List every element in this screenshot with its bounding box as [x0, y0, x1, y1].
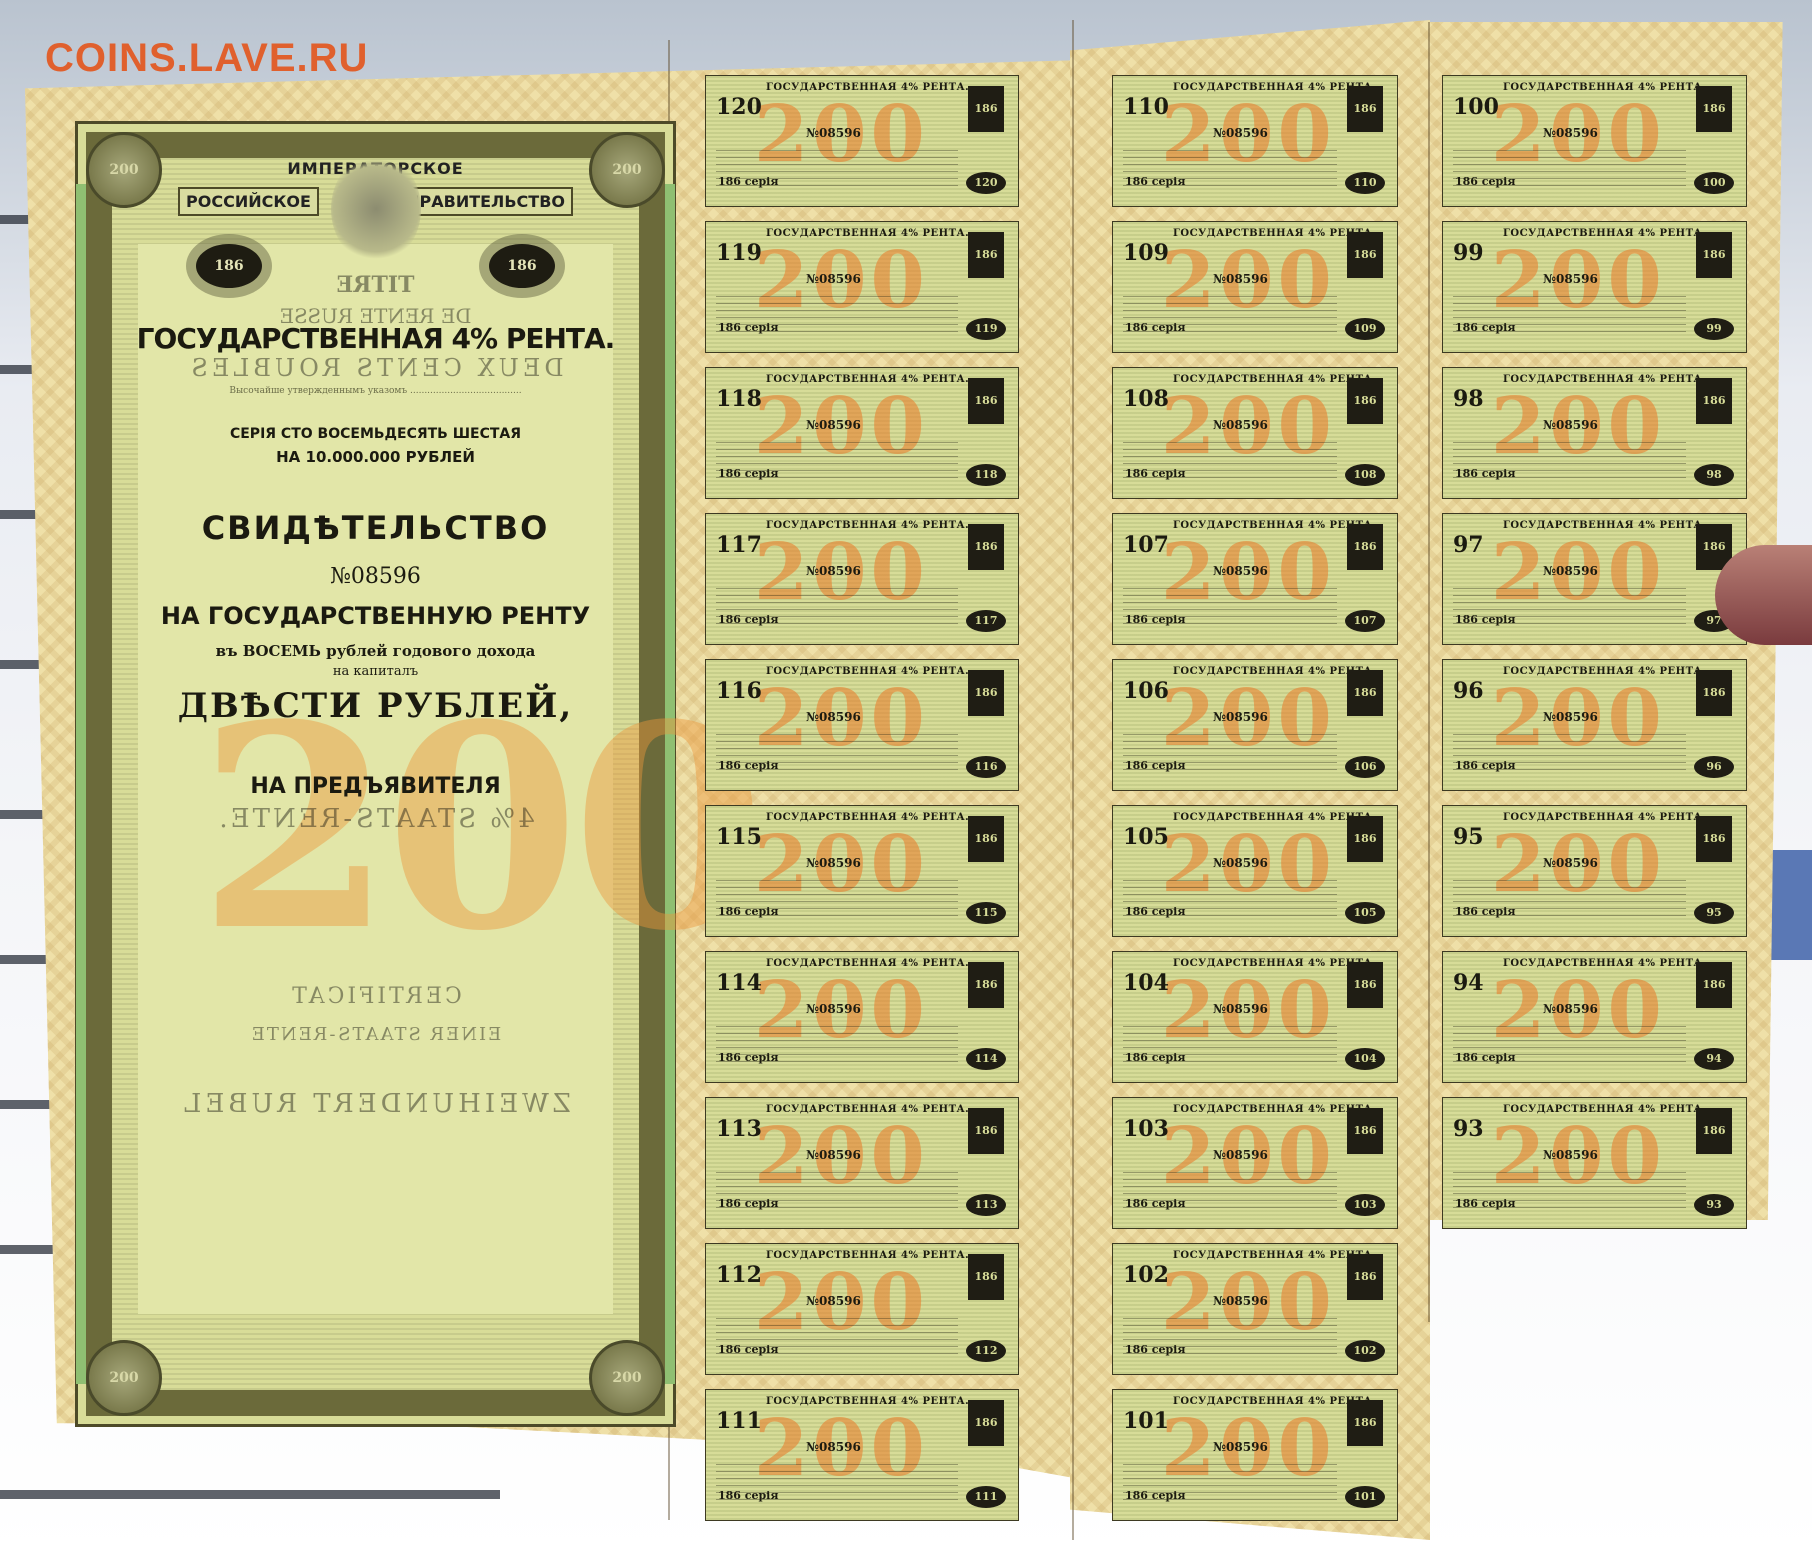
coupon: 200ГОСУДАРСТВЕННАЯ 4% РЕНТА.115№08596186…	[705, 805, 1019, 937]
coupon-number-oval: 115	[966, 902, 1006, 924]
coupon-number: 117	[716, 532, 762, 558]
series-stamp: 186	[1347, 670, 1383, 716]
coupon-series: 186 серія	[1125, 1197, 1185, 1210]
coupon-number: 102	[1123, 1262, 1169, 1288]
coupon-number: 116	[716, 678, 762, 704]
coupon-number-oval: 118	[966, 464, 1006, 486]
coupon-title: ГОСУДАРСТВЕННАЯ 4% РЕНТА.	[1173, 666, 1376, 677]
coupon-serial: №08596	[806, 710, 861, 724]
coupon: 200ГОСУДАРСТВЕННАЯ 4% РЕНТА.120№08596186…	[705, 75, 1019, 207]
coupon-number-oval: 113	[966, 1194, 1006, 1216]
bearer-line: НА ПРЕДЪЯВИТЕЛЯ	[78, 774, 673, 799]
coupon-serial: №08596	[1213, 1148, 1268, 1162]
coupon-serial: №08596	[1543, 1002, 1598, 1016]
coupon-number-oval: 119	[966, 318, 1006, 340]
coupon-number-oval: 110	[1345, 172, 1385, 194]
coupon: 200ГОСУДАРСТВЕННАЯ 4% РЕНТА.96№08596186 …	[1442, 659, 1747, 791]
coupon-serial: №08596	[1543, 1148, 1598, 1162]
coupon: 200ГОСУДАРСТВЕННАЯ 4% РЕНТА.102№08596186…	[1112, 1243, 1398, 1375]
coupon-series: 186 серія	[718, 175, 778, 188]
coupon-serial: №08596	[1213, 126, 1268, 140]
coupon: 200ГОСУДАРСТВЕННАЯ 4% РЕНТА.95№08596186 …	[1442, 805, 1747, 937]
coupon-title: ГОСУДАРСТВЕННАЯ 4% РЕНТА.	[1173, 1396, 1376, 1407]
coupon-serial: №08596	[806, 856, 861, 870]
show-through-amount-fr: DEUX CENTS ROUBLES	[78, 354, 673, 382]
coupon-number-oval: 101	[1345, 1486, 1385, 1508]
coupon-number: 110	[1123, 94, 1169, 120]
coupon-series: 186 серія	[1125, 467, 1185, 480]
coupon-number: 104	[1123, 970, 1169, 996]
coupon-title: ГОСУДАРСТВЕННАЯ 4% РЕНТА.	[1503, 82, 1706, 93]
coupon-number-oval: 114	[966, 1048, 1006, 1070]
coupon-title: ГОСУДАРСТВЕННАЯ 4% РЕНТА.	[1503, 666, 1706, 677]
coupon-number-oval: 96	[1694, 756, 1734, 778]
coupon-series: 186 серія	[1455, 613, 1515, 626]
coupon-number-oval: 111	[966, 1486, 1006, 1508]
series-stamp: 186	[1347, 378, 1383, 424]
coupon-serial: №08596	[1543, 710, 1598, 724]
coupon-series: 186 серія	[1455, 321, 1515, 334]
coupon: 200ГОСУДАРСТВЕННАЯ 4% РЕНТА.94№08596186 …	[1442, 951, 1747, 1083]
fold-line	[1072, 20, 1074, 1540]
coupon: 200ГОСУДАРСТВЕННАЯ 4% РЕНТА.109№08596186…	[1112, 221, 1398, 353]
corner-medallion-200: 200	[589, 1340, 665, 1416]
show-through-titre: TITRE	[78, 272, 673, 298]
coupon-title: ГОСУДАРСТВЕННАЯ 4% РЕНТА.	[1173, 958, 1376, 969]
coupon: 200ГОСУДАРСТВЕННАЯ 4% РЕНТА.104№08596186…	[1112, 951, 1398, 1083]
show-through-staats-rente: 4% STAATS-RENTE.	[78, 804, 673, 834]
coupon-number-oval: 93	[1694, 1194, 1734, 1216]
coupon-serial: №08596	[806, 1440, 861, 1454]
coupon-number-oval: 102	[1345, 1340, 1385, 1362]
coupon: 200ГОСУДАРСТВЕННАЯ 4% РЕНТА.103№08596186…	[1112, 1097, 1398, 1229]
certificate-number: №08596	[78, 564, 673, 589]
coupon-number-oval: 109	[1345, 318, 1385, 340]
coupon: 200ГОСУДАРСТВЕННАЯ 4% РЕНТА.107№08596186…	[1112, 513, 1398, 645]
coupon-title: ГОСУДАРСТВЕННАЯ 4% РЕНТА.	[1173, 374, 1376, 385]
series-stamp: 186	[1347, 232, 1383, 278]
coupon-number: 99	[1453, 240, 1484, 266]
coupon-number: 115	[716, 824, 762, 850]
series-stamp: 186	[1696, 670, 1732, 716]
coupon-title: ГОСУДАРСТВЕННАЯ 4% РЕНТА.	[1503, 520, 1706, 531]
coupon-serial: №08596	[806, 418, 861, 432]
series-stamp: 186	[1347, 962, 1383, 1008]
coupon-number: 98	[1453, 386, 1484, 412]
series-stamp: 186	[968, 232, 1004, 278]
coupon-title: ГОСУДАРСТВЕННАЯ 4% РЕНТА.	[766, 82, 969, 93]
document-type: СВИДѢТЕЛЬСТВО	[78, 509, 673, 547]
coupon-number: 114	[716, 970, 762, 996]
coupon-title: ГОСУДАРСТВЕННАЯ 4% РЕНТА.	[1503, 1104, 1706, 1115]
series-stamp: 186	[968, 1400, 1004, 1446]
coupon-title: ГОСУДАРСТВЕННАЯ 4% РЕНТА.	[766, 1250, 969, 1261]
coupon-series: 186 серія	[1125, 1051, 1185, 1064]
coupon-number: 106	[1123, 678, 1169, 704]
coupon-serial: №08596	[806, 1148, 861, 1162]
coupon-series: 186 серія	[718, 1343, 778, 1356]
coupon-series: 186 серія	[1125, 759, 1185, 772]
coupon-number-oval: 105	[1345, 902, 1385, 924]
series-stamp: 186	[1347, 86, 1383, 132]
coupon-number: 120	[716, 94, 762, 120]
coupon-series: 186 серія	[1125, 905, 1185, 918]
coupon-number-oval: 103	[1345, 1194, 1385, 1216]
coupon-serial: №08596	[1543, 856, 1598, 870]
coupon-series: 186 серія	[718, 1051, 778, 1064]
coupon: 200ГОСУДАРСТВЕННАЯ 4% РЕНТА.93№08596186 …	[1442, 1097, 1747, 1229]
coupon-title: ГОСУДАРСТВЕННАЯ 4% РЕНТА.	[1503, 374, 1706, 385]
coupon-series: 186 серія	[1125, 175, 1185, 188]
show-through-einer: EINER STAATS-RENTE	[78, 1024, 673, 1045]
coupon-number: 93	[1453, 1116, 1484, 1142]
coupon-number-oval: 94	[1694, 1048, 1734, 1070]
coupon-title: ГОСУДАРСТВЕННАЯ 4% РЕНТА.	[766, 666, 969, 677]
coupon-number: 112	[716, 1262, 762, 1288]
coupon: 200ГОСУДАРСТВЕННАЯ 4% РЕНТА.111№08596186…	[705, 1389, 1019, 1521]
coupon-number: 119	[716, 240, 762, 266]
series-stamp: 186	[1696, 86, 1732, 132]
coupon: 200ГОСУДАРСТВЕННАЯ 4% РЕНТА.97№08596186 …	[1442, 513, 1747, 645]
coupon-series: 186 серія	[1455, 175, 1515, 188]
coupon-number: 118	[716, 386, 762, 412]
coupon: 200ГОСУДАРСТВЕННАЯ 4% РЕНТА.101№08596186…	[1112, 1389, 1398, 1521]
coupon: 200ГОСУДАРСТВЕННАЯ 4% РЕНТА.99№08596186 …	[1442, 221, 1747, 353]
coupon: 200ГОСУДАРСТВЕННАЯ 4% РЕНТА.113№08596186…	[705, 1097, 1019, 1229]
series-stamp: 186	[1347, 1400, 1383, 1446]
issue-amount: НА 10.000.000 РУБЛЕЙ	[78, 448, 673, 466]
capital-label: на капиталъ	[78, 664, 673, 679]
coupon-title: ГОСУДАРСТВЕННАЯ 4% РЕНТА.	[766, 958, 969, 969]
series-stamp: 186	[1347, 816, 1383, 862]
coupon-number: 97	[1453, 532, 1484, 558]
coupon-number-oval: 117	[966, 610, 1006, 632]
corner-medallion-200: 200	[86, 1340, 162, 1416]
coupon-serial: №08596	[1543, 126, 1598, 140]
coupon-number-oval: 120	[966, 172, 1006, 194]
coupon-serial: №08596	[1213, 1002, 1268, 1016]
coupon-series: 186 серія	[1125, 1343, 1185, 1356]
series-stamp: 186	[1696, 232, 1732, 278]
coupon-number: 113	[716, 1116, 762, 1142]
coupon-number-oval: 98	[1694, 464, 1734, 486]
coupon-series: 186 серія	[718, 759, 778, 772]
coupon-title: ГОСУДАРСТВЕННАЯ 4% РЕНТА.	[1503, 812, 1706, 823]
coupon-title: ГОСУДАРСТВЕННАЯ 4% РЕНТА.	[1173, 1104, 1376, 1115]
coupon-number: 95	[1453, 824, 1484, 850]
coupon-series: 186 серія	[718, 1197, 778, 1210]
coupon-number: 103	[1123, 1116, 1169, 1142]
show-through-certificat: CERTIFICAT	[78, 984, 673, 1009]
coupon-number: 105	[1123, 824, 1169, 850]
coupon-serial: №08596	[1213, 856, 1268, 870]
coupon-number-oval: 107	[1345, 610, 1385, 632]
header-left-text: РОССИЙСКОЕ	[178, 187, 319, 216]
site-watermark: COINS.LAVE.RU	[45, 36, 368, 81]
coupon: 200ГОСУДАРСТВЕННАЯ 4% РЕНТА.119№08596186…	[705, 221, 1019, 353]
series-stamp: 186	[968, 1108, 1004, 1154]
coupon-title: ГОСУДАРСТВЕННАЯ 4% РЕНТА.	[766, 374, 969, 385]
coupon-number: 107	[1123, 532, 1169, 558]
coupon-number-oval: 106	[1345, 756, 1385, 778]
series-stamp: 186	[1347, 524, 1383, 570]
coupon-serial: №08596	[1543, 418, 1598, 432]
coupon-serial: №08596	[806, 272, 861, 286]
coupon-title: ГОСУДАРСТВЕННАЯ 4% РЕНТА.	[766, 228, 969, 239]
series-stamp: 186	[1347, 1108, 1383, 1154]
fold-line	[1428, 22, 1430, 1322]
series-stamp: 186	[1696, 962, 1732, 1008]
coupon: 200ГОСУДАРСТВЕННАЯ 4% РЕНТА.112№08596186…	[705, 1243, 1019, 1375]
annual-income-line: въ ВОСЕМЬ рублей годового дохода	[78, 642, 673, 660]
series-stamp: 186	[1347, 1254, 1383, 1300]
coupon-serial: №08596	[1543, 272, 1598, 286]
coupon-title: ГОСУДАРСТВЕННАЯ 4% РЕНТА.	[1173, 1250, 1376, 1261]
coupon-series: 186 серія	[718, 905, 778, 918]
series-stamp: 186	[968, 670, 1004, 716]
coupon-series: 186 серія	[718, 467, 778, 480]
coupon-number: 96	[1453, 678, 1484, 704]
coupon-series: 186 серія	[718, 1489, 778, 1502]
coupon-number-oval: 116	[966, 756, 1006, 778]
coupon-serial: №08596	[1213, 1440, 1268, 1454]
coupon: 200ГОСУДАРСТВЕННАЯ 4% РЕНТА.100№08596186…	[1442, 75, 1747, 207]
coupon-number-oval: 108	[1345, 464, 1385, 486]
coupon-number: 111	[716, 1408, 762, 1434]
double-headed-eagle-emblem	[331, 154, 421, 264]
coupon-number-oval: 104	[1345, 1048, 1385, 1070]
coupon-number-oval: 100	[1694, 172, 1734, 194]
series-stamp: 186	[968, 816, 1004, 862]
coupon-series: 186 серія	[1455, 759, 1515, 772]
coupon-series: 186 серія	[718, 321, 778, 334]
coupon: 200ГОСУДАРСТВЕННАЯ 4% РЕНТА.106№08596186…	[1112, 659, 1398, 791]
coupon-serial: №08596	[806, 564, 861, 578]
coupon: 200ГОСУДАРСТВЕННАЯ 4% РЕНТА.117№08596186…	[705, 513, 1019, 645]
series-stamp: 186	[968, 524, 1004, 570]
coupon: 200ГОСУДАРСТВЕННАЯ 4% РЕНТА.114№08596186…	[705, 951, 1019, 1083]
coupon-title: ГОСУДАРСТВЕННАЯ 4% РЕНТА.	[766, 1104, 969, 1115]
coupon-title: ГОСУДАРСТВЕННАЯ 4% РЕНТА.	[1173, 520, 1376, 531]
coupon-serial: №08596	[1213, 272, 1268, 286]
coupon-serial: №08596	[1213, 1294, 1268, 1308]
coupon-title: ГОСУДАРСТВЕННАЯ 4% РЕНТА.	[1173, 82, 1376, 93]
coupon: 200ГОСУДАРСТВЕННАЯ 4% РЕНТА.116№08596186…	[705, 659, 1019, 791]
coupon: 200ГОСУДАРСТВЕННАЯ 4% РЕНТА.108№08596186…	[1112, 367, 1398, 499]
coupon: 200ГОСУДАРСТВЕННАЯ 4% РЕНТА.98№08596186 …	[1442, 367, 1747, 499]
coupon-series: 186 серія	[1455, 1051, 1515, 1064]
coupon-series: 186 серія	[1455, 467, 1515, 480]
coupon-number: 109	[1123, 240, 1169, 266]
coupon-number: 101	[1123, 1408, 1169, 1434]
bond-title: ГОСУДАРСТВЕННАЯ 4% РЕНТА.	[78, 322, 673, 355]
coupon-serial: №08596	[806, 1294, 861, 1308]
holding-finger	[1715, 545, 1812, 645]
show-through-zweihundert: ZWEIHUNDERT RUBEL	[78, 1089, 673, 1119]
coupon-number: 94	[1453, 970, 1484, 996]
header-right-text: ПРАВИТЕЛЬСТВО	[398, 187, 573, 216]
coupon-serial: №08596	[806, 126, 861, 140]
coupon: 200ГОСУДАРСТВЕННАЯ 4% РЕНТА.110№08596186…	[1112, 75, 1398, 207]
series-stamp: 186	[1696, 816, 1732, 862]
coupon-number-oval: 95	[1694, 902, 1734, 924]
coupon-title: ГОСУДАРСТВЕННАЯ 4% РЕНТА.	[766, 520, 969, 531]
series-stamp: 186	[968, 86, 1004, 132]
capital-amount: ДВѢСТИ РУБЛЕЙ,	[78, 686, 673, 726]
coupon-serial: №08596	[1213, 418, 1268, 432]
coupon-number-oval: 99	[1694, 318, 1734, 340]
series-stamp: 186	[1696, 378, 1732, 424]
coupon-series: 186 серія	[1125, 613, 1185, 626]
series-stamp: 186	[968, 378, 1004, 424]
coupon-number-oval: 112	[966, 1340, 1006, 1362]
legal-fine-print: Высочайше утвержденнымъ указомъ ........…	[148, 386, 603, 397]
coupon-number: 100	[1453, 94, 1499, 120]
coupon-series: 186 серія	[718, 613, 778, 626]
coupon: 200ГОСУДАРСТВЕННАЯ 4% РЕНТА.105№08596186…	[1112, 805, 1398, 937]
coupon-title: ГОСУДАРСТВЕННАЯ 4% РЕНТА.	[1173, 812, 1376, 823]
coupon-series: 186 серія	[1455, 905, 1515, 918]
coupon-series: 186 серія	[1125, 1489, 1185, 1502]
series-stamp: 186	[1696, 1108, 1732, 1154]
coupon-serial: №08596	[1543, 564, 1598, 578]
coupon: 200ГОСУДАРСТВЕННАЯ 4% РЕНТА.118№08596186…	[705, 367, 1019, 499]
coupon-title: ГОСУДАРСТВЕННАЯ 4% РЕНТА.	[1503, 958, 1706, 969]
series-stamp: 186	[968, 1254, 1004, 1300]
bond-certificate: 200 200 200 200 ИМПЕРАТОРСКОЕ РОССИЙСКОЕ…	[75, 121, 676, 1427]
coupon-title: ГОСУДАРСТВЕННАЯ 4% РЕНТА.	[1173, 228, 1376, 239]
coupon-serial: №08596	[1213, 564, 1268, 578]
purpose-line: НА ГОСУДАРСТВЕННУЮ РЕНТУ	[78, 602, 673, 630]
coupon-number: 108	[1123, 386, 1169, 412]
coupon-serial: №08596	[806, 1002, 861, 1016]
coupon-series: 186 серія	[1125, 321, 1185, 334]
coupon-title: ГОСУДАРСТВЕННАЯ 4% РЕНТА.	[766, 812, 969, 823]
series-stamp: 186	[968, 962, 1004, 1008]
coupon-series: 186 серія	[1455, 1197, 1515, 1210]
coupon-title: ГОСУДАРСТВЕННАЯ 4% РЕНТА.	[766, 1396, 969, 1407]
coupon-serial: №08596	[1213, 710, 1268, 724]
background-blind	[0, 1490, 500, 1499]
coupon-title: ГОСУДАРСТВЕННАЯ 4% РЕНТА.	[1503, 228, 1706, 239]
series-line: СЕРІЯ СТО ВОСЕМЬДЕСЯТЬ ШЕСТАЯ	[78, 426, 673, 442]
